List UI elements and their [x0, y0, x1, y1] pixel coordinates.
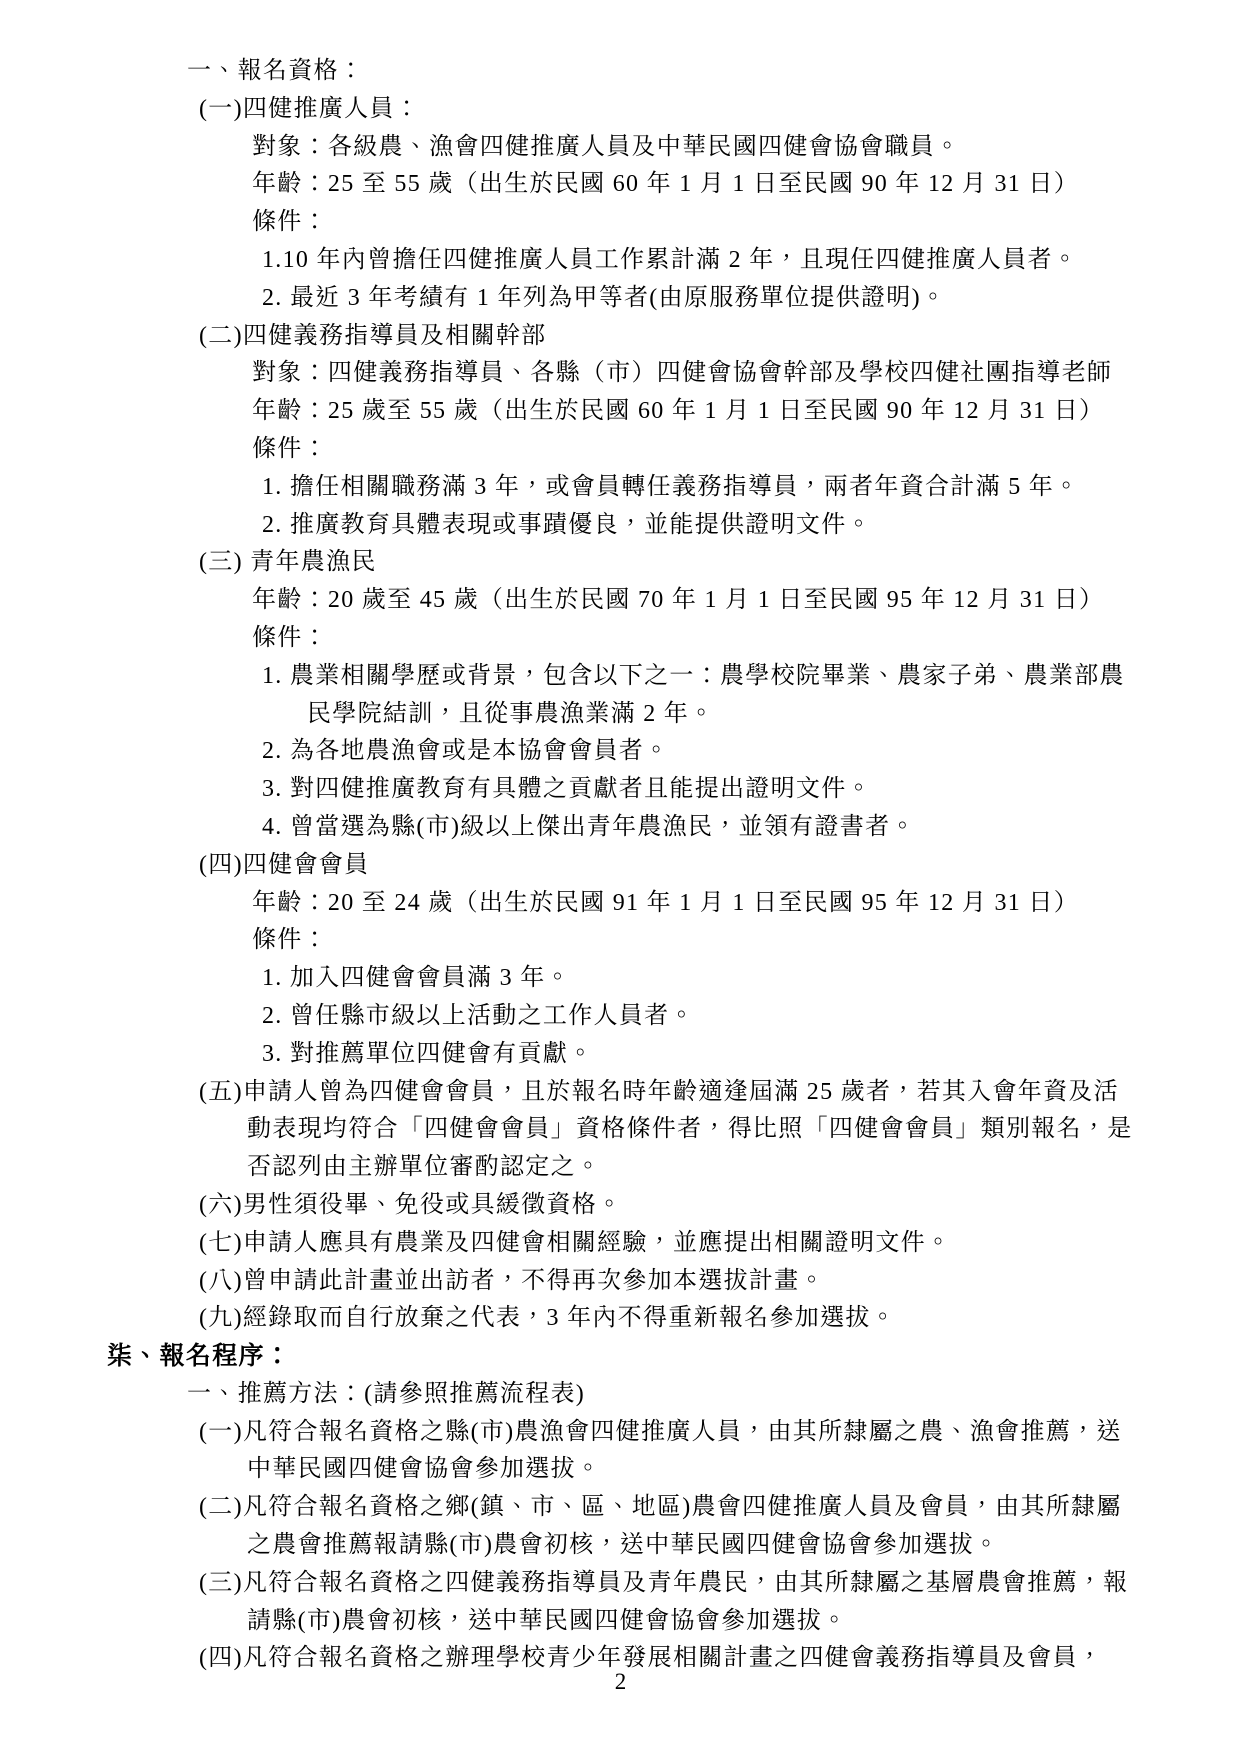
- text-line: (八)曾申請此計畫並出訪者，不得再次參加本選拔計畫。: [0, 1263, 1241, 1301]
- text-line: 民學院結訓，且從事農漁業滿 2 年。: [0, 696, 1241, 734]
- text-line: 請縣(市)農會初核，送中華民國四健會協會參加選拔。: [0, 1603, 1241, 1641]
- text-line: (五)申請人曾為四健會會員，且於報名時年齡適逢屆滿 25 歲者，若其入會年資及活: [0, 1074, 1241, 1112]
- text-line: 1. 農業相關學歷或背景，包含以下之一：農學校院畢業、農家子弟、農業部農: [0, 658, 1241, 696]
- text-line: (三) 青年農漁民: [0, 544, 1241, 582]
- text-line: 對象：各級農、漁會四健推廣人員及中華民國四健會協會職員。: [0, 129, 1241, 167]
- text-line: 條件：: [0, 204, 1241, 242]
- text-line: 3. 對四健推廣教育有具體之貢獻者且能提出證明文件。: [0, 771, 1241, 809]
- text-line: (七)申請人應具有農業及四健會相關經驗，並應提出相關證明文件。: [0, 1225, 1241, 1263]
- document-body: 一、報名資格：(一)四健推廣人員：對象：各級農、漁會四健推廣人員及中華民國四健會…: [0, 53, 1241, 1678]
- text-line: 動表現均符合「四健會會員」資格條件者，得比照「四健會會員」類別報名，是: [0, 1111, 1241, 1149]
- text-line: 1.10 年內曾擔任四健推廣人員工作累計滿 2 年，且現任四健推廣人員者。: [0, 242, 1241, 280]
- text-line: 一、推薦方法：(請參照推薦流程表): [0, 1376, 1241, 1414]
- text-line: 2. 為各地農漁會或是本協會會員者。: [0, 733, 1241, 771]
- text-line: 3. 對推薦單位四健會有貢獻。: [0, 1036, 1241, 1074]
- text-line: (三)凡符合報名資格之四健義務指導員及青年農民，由其所隸屬之基層農會推薦，報: [0, 1565, 1241, 1603]
- text-line: (二)四健義務指導員及相關幹部: [0, 318, 1241, 356]
- text-line: (一)凡符合報名資格之縣(市)農漁會四健推廣人員，由其所隸屬之農、漁會推薦，送: [0, 1414, 1241, 1452]
- text-line: 一、報名資格：: [0, 53, 1241, 91]
- text-line: (六)男性須役畢、免役或具緩徵資格。: [0, 1187, 1241, 1225]
- text-line: 年齡：20 至 24 歲（出生於民國 91 年 1 月 1 日至民國 95 年 …: [0, 885, 1241, 923]
- text-line: 柒、報名程序：: [0, 1338, 1241, 1376]
- document-page: 一、報名資格：(一)四健推廣人員：對象：各級農、漁會四健推廣人員及中華民國四健會…: [0, 0, 1241, 1755]
- text-line: 條件：: [0, 922, 1241, 960]
- text-line: 4. 曾當選為縣(市)級以上傑出青年農漁民，並領有證書者。: [0, 809, 1241, 847]
- text-line: 對象：四健義務指導員、各縣（市）四健會協會幹部及學校四健社團指導老師: [0, 355, 1241, 393]
- text-line: (二)凡符合報名資格之鄉(鎮、市、區、地區)農會四健推廣人員及會員，由其所隸屬: [0, 1489, 1241, 1527]
- text-line: (九)經錄取而自行放棄之代表，3 年內不得重新報名參加選拔。: [0, 1300, 1241, 1338]
- text-line: (四)四健會會員: [0, 847, 1241, 885]
- text-line: 條件：: [0, 620, 1241, 658]
- text-line: 之農會推薦報請縣(市)農會初核，送中華民國四健會協會參加選拔。: [0, 1527, 1241, 1565]
- text-line: 1. 擔任相關職務滿 3 年，或會員轉任義務指導員，兩者年資合計滿 5 年。: [0, 469, 1241, 507]
- text-line: 2. 最近 3 年考績有 1 年列為甲等者(由原服務單位提供證明)。: [0, 280, 1241, 318]
- text-line: 2. 曾任縣市級以上活動之工作人員者。: [0, 998, 1241, 1036]
- text-line: 否認列由主辦單位審酌認定之。: [0, 1149, 1241, 1187]
- text-line: 年齡：20 歲至 45 歲（出生於民國 70 年 1 月 1 日至民國 95 年…: [0, 582, 1241, 620]
- text-line: 條件：: [0, 431, 1241, 469]
- text-line: 年齡：25 至 55 歲（出生於民國 60 年 1 月 1 日至民國 90 年 …: [0, 166, 1241, 204]
- text-line: 1. 加入四健會會員滿 3 年。: [0, 960, 1241, 998]
- page-number: 2: [0, 1668, 1241, 1696]
- text-line: 中華民國四健會協會參加選拔。: [0, 1451, 1241, 1489]
- text-line: (一)四健推廣人員：: [0, 91, 1241, 129]
- text-line: 2. 推廣教育具體表現或事蹟優良，並能提供證明文件。: [0, 507, 1241, 545]
- text-line: 年齡：25 歲至 55 歲（出生於民國 60 年 1 月 1 日至民國 90 年…: [0, 393, 1241, 431]
